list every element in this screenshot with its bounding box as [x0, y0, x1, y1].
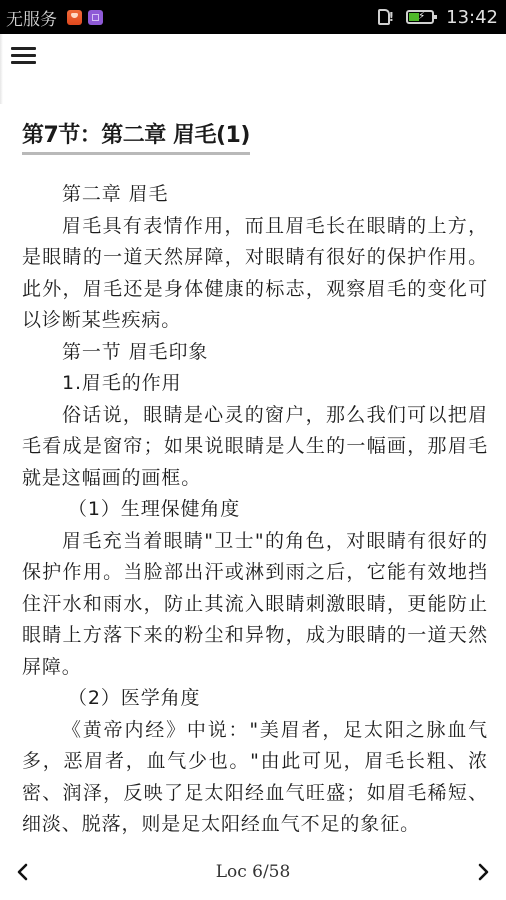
- hamburger-menu-icon[interactable]: [11, 47, 36, 67]
- paragraph: 眉毛具有表情作用，而且眉毛长在眼睛的上方，是眼睛的一道天然屏障，对眼睛有很好的保…: [22, 211, 488, 337]
- paragraph: （1）生理保健角度: [22, 494, 488, 526]
- status-bar: 无服务 ⚡ 13:42: [0, 0, 506, 34]
- sim-alert-icon: [378, 9, 390, 25]
- status-right: ⚡ 13:42: [378, 7, 498, 28]
- status-left: 无服务: [6, 5, 103, 30]
- paragraph: 眉毛充当着眼睛"卫士"的角色，对眼睛有很好的保护作用。当脸部出汗或淋到雨之后，它…: [22, 526, 488, 684]
- clock: 13:42: [446, 7, 498, 28]
- paragraph: （2）医学角度: [22, 683, 488, 715]
- reader-toolbar: [0, 34, 506, 82]
- battery-charging-icon: ⚡: [406, 10, 434, 24]
- paragraph: 1.眉毛的作用: [22, 368, 488, 400]
- paragraph: 《黄帝内经》中说："美眉者，足太阳之脉血气多，恶眉者，血气少也。"由此可见，眉毛…: [22, 715, 488, 841]
- carrier-label: 无服务: [6, 5, 57, 30]
- paragraph: 第一节 眉毛印象: [22, 337, 488, 369]
- app-notification-purple-icon: [88, 10, 103, 25]
- chevron-right-icon[interactable]: [470, 860, 494, 884]
- location-indicator: Loc 6/58: [0, 862, 506, 882]
- paragraph: 第二章 眉毛: [22, 179, 488, 211]
- app-notification-orange-icon: [67, 10, 82, 25]
- chapter-title: 第7节：第二章 眉毛(1): [22, 118, 250, 155]
- reader-content: 第7节：第二章 眉毛(1) 第二章 眉毛 眉毛具有表情作用，而且眉毛长在眼睛的上…: [22, 118, 488, 841]
- reader-footer: Loc 6/58: [0, 852, 506, 896]
- paragraph: 俗话说，眼睛是心灵的窗户，那么我们可以把眉毛看成是窗帘；如果说眼睛是人生的一幅画…: [22, 400, 488, 495]
